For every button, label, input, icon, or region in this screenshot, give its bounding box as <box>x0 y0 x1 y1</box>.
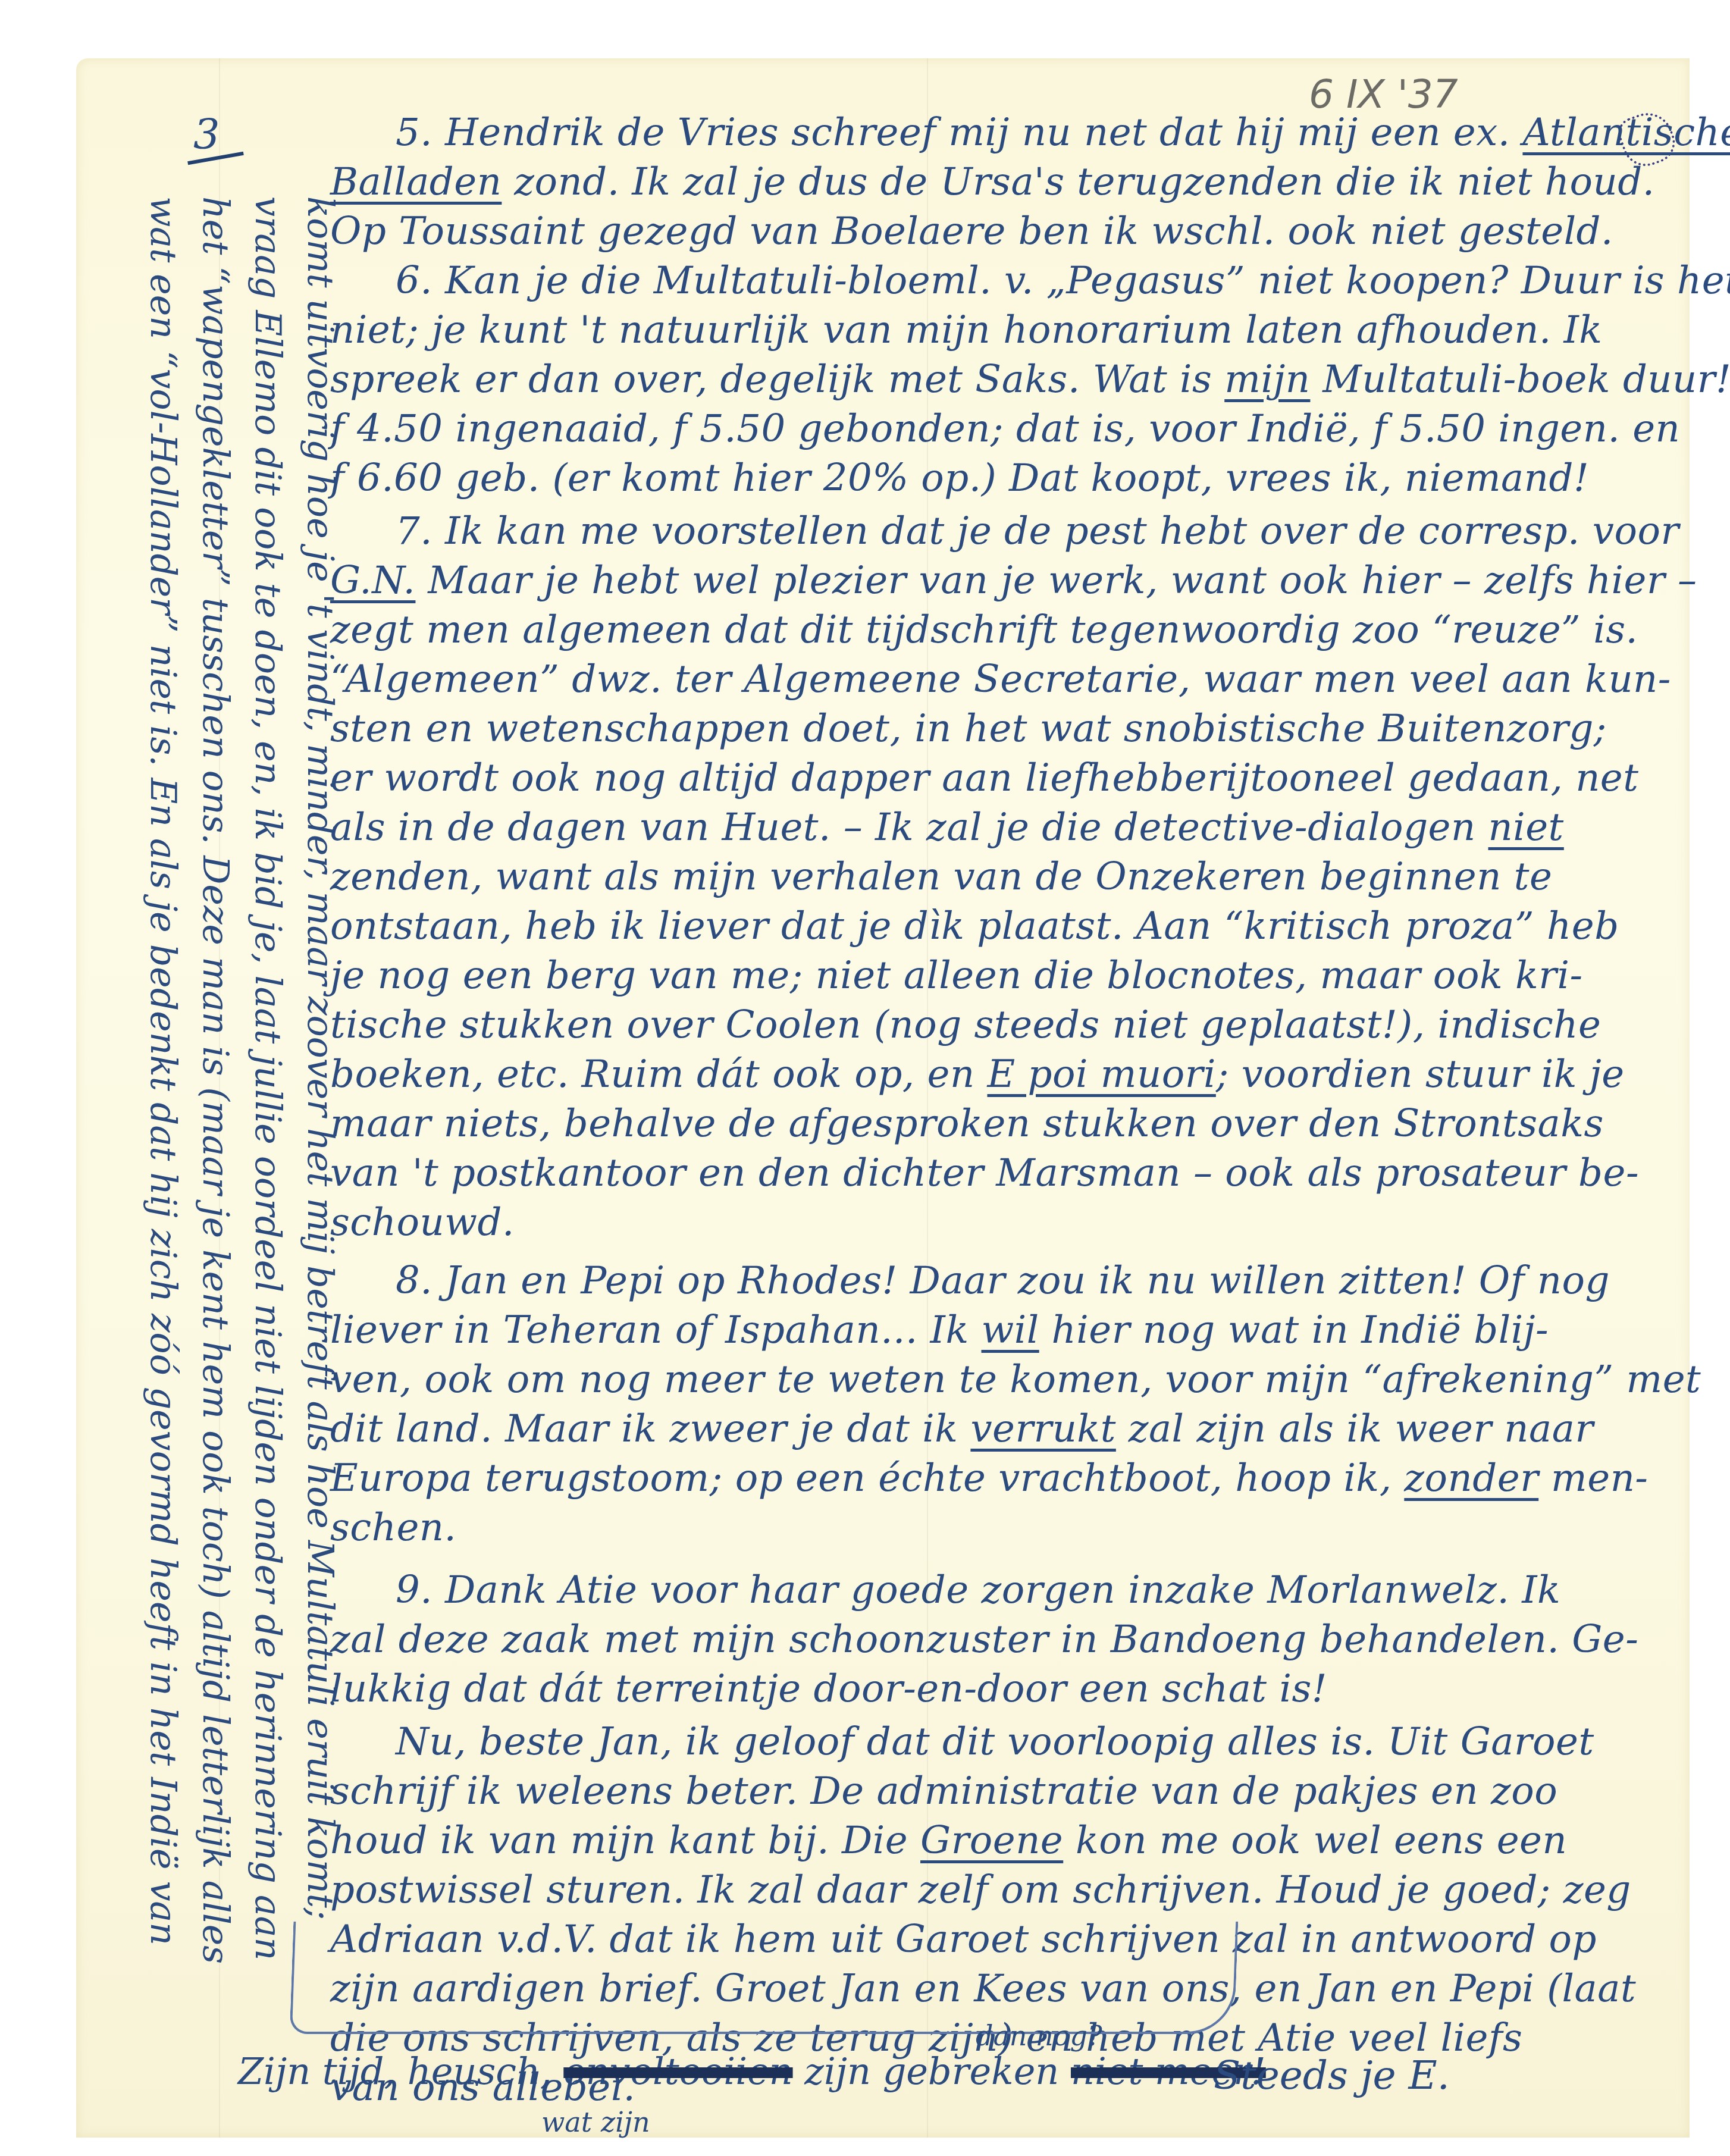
letter-line: sten en wetenschappen doet, in het wat s… <box>330 700 1607 757</box>
underlined-word: Balladen <box>330 160 502 204</box>
letter-line: lukkig dat dát terreintje door-en-door e… <box>330 1660 1327 1718</box>
underlined-word: wil <box>982 1308 1039 1352</box>
underlined-word: verrukt <box>970 1407 1115 1451</box>
letter-line: tische stukken over Coolen (nog steeds n… <box>330 996 1601 1054</box>
letter-line: ontstaan, heb ik liever dat je dìk plaat… <box>330 898 1619 955</box>
inserted-above-text: dan nog? <box>976 2020 1102 2052</box>
margin-note-line: het “wapengekletter” tusschen ons. Deze … <box>189 196 242 1939</box>
letter-line: postwissel sturen. Ik zal daar zelf om s… <box>330 1862 1631 1919</box>
letter-line: Balladen zond. Ik zal je dus de Ursa's t… <box>330 153 1655 211</box>
letter-line: G.N. Maar je hebt wel plezier van je wer… <box>330 552 1697 609</box>
underlined-word: Atlantische <box>1522 111 1730 155</box>
footnote-text: Zijn tijd, heusch, <box>238 2050 552 2093</box>
letter-line: niet; je kunt 't natuurlijk van mijn hon… <box>330 302 1603 359</box>
letter-line: 6. Kan je die Multatuli-bloeml. v. „Pega… <box>396 252 1730 309</box>
signature: Steeds je E. <box>1214 2052 1450 2098</box>
letter-line: “Algemeen” dwz. ter Algemeene Secretarie… <box>330 651 1671 708</box>
underlined-word: Groene <box>920 1819 1063 1863</box>
margin-note: komt uitvoerig hoe je 't vindt, minder, … <box>137 196 346 1939</box>
letter-line: liever in Teheran of Ispahan... Ik wil h… <box>330 1302 1549 1359</box>
letter-line: spreek er dan over, degelijk met Saks. W… <box>330 351 1730 408</box>
underlined-word: E poi muori <box>987 1052 1215 1096</box>
letter-line: ven, ook om nog meer te weten te komen, … <box>330 1351 1701 1408</box>
letter-line: maar niets, behalve de afgesproken stukk… <box>330 1095 1604 1152</box>
margin-note-line: komt uitvoerig hoe je 't vindt, minder, … <box>294 196 346 1939</box>
page-number: 3 <box>193 110 220 159</box>
letter-line: 8. Jan en Pepi op Rhodes! Daar zou ik nu… <box>396 1252 1610 1309</box>
letter-line: Op Toussaint gezegd van Boelaere ben ik … <box>330 203 1613 260</box>
letter-line: dit land. Maar ik zweer je dat ik verruk… <box>330 1400 1593 1458</box>
letter-line: Nu, beste Jan, ik geloof dat dit voorloo… <box>396 1713 1594 1770</box>
insertion-bracket <box>290 1922 1239 2034</box>
letter-line: schen. <box>330 1499 456 1556</box>
footnote-line: Zijn tijd, heusch, onvoltooiien zijn geb… <box>238 2050 1266 2093</box>
underlined-word: zonder <box>1404 1456 1538 1500</box>
letter-line: als in de dagen van Huet. – Ik zal je di… <box>330 799 1564 856</box>
struck-word: onvoltooiien <box>563 2050 792 2093</box>
margin-note-line: wat een “vol-Hollander” niet is. En als … <box>137 196 189 1939</box>
letter-line: schouwd. <box>330 1194 515 1251</box>
letter-line: 7. Ik kan me voorstellen dat je de pest … <box>396 503 1679 560</box>
letter-line: f 6.60 geb. (er komt hier 20% op.) Dat k… <box>330 450 1589 507</box>
footnote-text: zijn gebreken <box>804 2050 1059 2093</box>
letter-line: je nog een berg van me; niet alleen die … <box>330 947 1583 1004</box>
letter-line: zenden, want als mijn verhalen van de On… <box>330 848 1552 905</box>
letter-line: van 't postkantoor en den dichter Marsma… <box>330 1145 1639 1202</box>
letter-line: er wordt ook nog altijd dapper aan liefh… <box>330 750 1638 807</box>
letter-line: 9. Dank Atie voor haar goede zorgen inza… <box>396 1562 1560 1619</box>
letter-line: f 4.50 ingenaaid, f 5.50 gebonden; dat i… <box>330 400 1680 457</box>
letter-line: zegt men algemeen dat dit tijdschrift te… <box>330 601 1638 659</box>
letter-line: boeken, etc. Ruim dát ook op, en E poi m… <box>330 1046 1625 1103</box>
letter-line: zal deze zaak met mijn schoonzuster in B… <box>330 1611 1638 1668</box>
inserted-below-text: wat zijn <box>541 2106 650 2138</box>
letter-line: houd ik van mijn kant bij. Die Groene ko… <box>330 1812 1567 1869</box>
letter-line: schrijf ik weleens beter. De administrat… <box>330 1763 1557 1820</box>
letter-line: 5. Hendrik de Vries schreef mij nu net d… <box>396 104 1730 161</box>
letter-line: Europa terugstoom; op een échte vrachtbo… <box>330 1450 1648 1507</box>
margin-note-line: vraag Ellemo dit ook te doen, en, ik bid… <box>242 196 294 1939</box>
underlined-word: mijn <box>1224 358 1310 402</box>
underlined-word: niet <box>1488 806 1564 850</box>
